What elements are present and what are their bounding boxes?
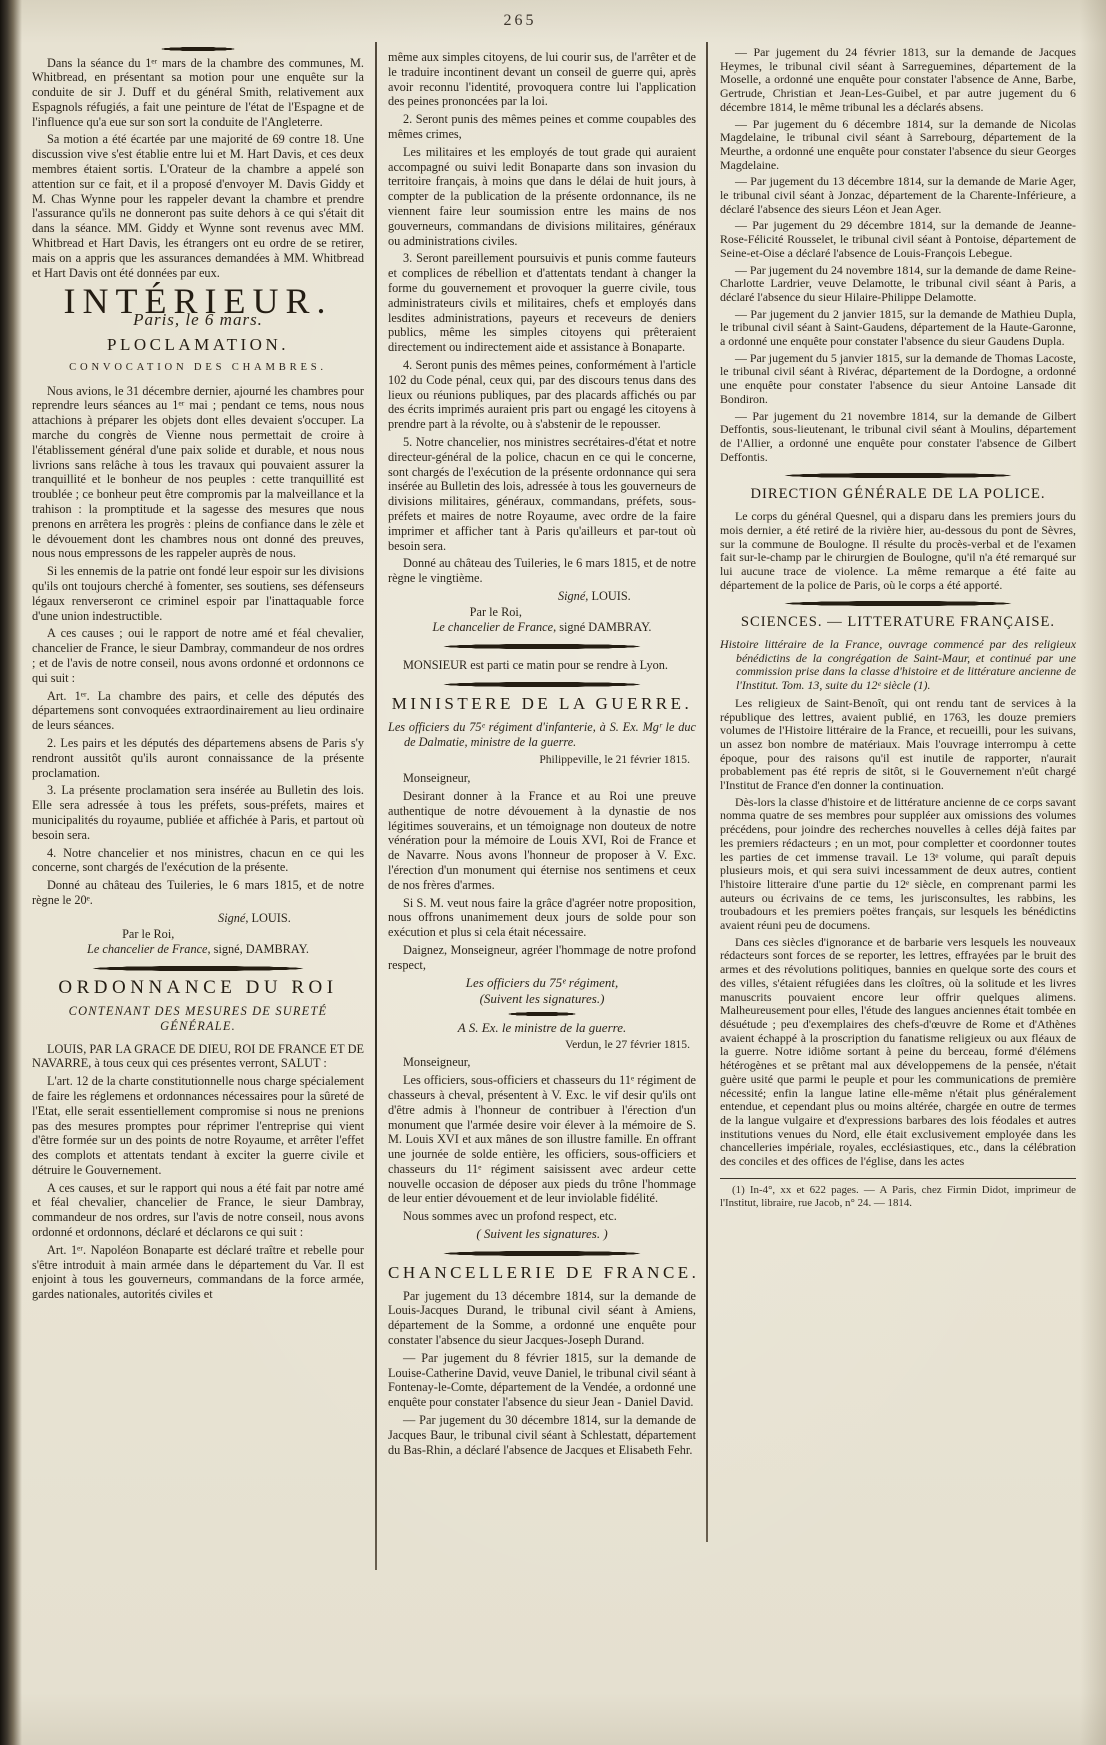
- column-3: — Par jugement du 24 février 1813, sur l…: [720, 0, 1076, 1209]
- body-text: , signé, DAMBRAY.: [208, 942, 309, 956]
- italic-centered-line: ( Suivent les signatures. ): [388, 1227, 696, 1242]
- article-paragraph: 2. Les pairs et les députés des départem…: [32, 736, 364, 780]
- binding-edge-shadow: [0, 0, 22, 1745]
- section-title: INTÉRIEUR.: [32, 294, 364, 309]
- article-paragraph: Les militaires et les employés de tout g…: [388, 145, 696, 249]
- article-paragraph: Monseigneur,: [388, 771, 696, 786]
- body-text: , signé DAMBRAY.: [553, 620, 651, 634]
- newspaper-page: 265 Dans la séance du 1ᵉʳ mars de la cha…: [0, 0, 1106, 1745]
- article-paragraph: Nous avions, le 31 décembre dernier, ajo…: [32, 384, 364, 562]
- column-divider: [706, 42, 708, 1542]
- italic-centered-line: (Suivent les signatures.): [388, 992, 696, 1007]
- article-paragraph: 5. Notre chancelier, nos ministres secré…: [388, 435, 696, 553]
- article-paragraph: — Par jugement du 8 février 1815, sur la…: [388, 1351, 696, 1410]
- place-date-line: Philippeville, le 21 février 1815.: [388, 753, 690, 768]
- italic-centered-line: Les officiers du 75ᵉ régiment,: [388, 976, 696, 991]
- article-paragraph: — Par jugement du 21 novembre 1814, sur …: [720, 410, 1076, 465]
- article-paragraph: 3. La présente proclamation sera insérée…: [32, 783, 364, 842]
- italic-paragraph: Les officiers du 75ᵉ régiment d'infanter…: [388, 720, 696, 750]
- article-paragraph: A ces causes, et sur le rapport qui nous…: [32, 1181, 364, 1240]
- article-paragraph: — Par jugement du 29 décembre 1814, sur …: [720, 219, 1076, 260]
- lead-italic-text: Le chancelier de France: [433, 620, 554, 634]
- separator-rule: [92, 966, 304, 971]
- article-paragraph: Dès-lors la classe d'histoire et de litt…: [720, 796, 1076, 933]
- article-paragraph: — Par jugement du 13 décembre 1814, sur …: [720, 175, 1076, 216]
- separator-rule-small: [508, 1012, 576, 1016]
- article-paragraph: Art. 1ᵉʳ. Napoléon Bonaparte est déclaré…: [32, 1243, 364, 1302]
- separator-rule: [784, 473, 1012, 478]
- article-paragraph: — Par jugement du 2 janvier 1815, sur la…: [720, 308, 1076, 349]
- article-paragraph: Donné au château des Tuileries, le 6 mar…: [32, 878, 364, 908]
- article-paragraph: Dans ces siècles d'ignorance et de barba…: [720, 936, 1076, 1169]
- article-paragraph: — Par jugement du 5 janvier 1815, sur la…: [720, 352, 1076, 407]
- article-paragraph: A ces causes ; oui le rapport de notre a…: [32, 626, 364, 685]
- article-paragraph: Si les ennemis de la patrie ont fondé le…: [32, 564, 364, 623]
- article-paragraph: Les officiers, sous-officiers et chasseu…: [388, 1073, 696, 1206]
- column-2: même aux simples citoyens, de lui courir…: [388, 0, 696, 1460]
- article-paragraph: Daignez, Monseigneur, agréer l'hommage d…: [388, 943, 696, 973]
- article-paragraph: Art. 1ᵉʳ. La chambre des pairs, et celle…: [32, 689, 364, 733]
- italic-centered-line: A S. Ex. le ministre de la guerre.: [388, 1021, 696, 1036]
- article-paragraph: Dans la séance du 1ᵉʳ mars de la chambre…: [32, 56, 364, 130]
- separator-rule: [784, 601, 1012, 606]
- article-paragraph: Sa motion a été écartée par une majorité…: [32, 132, 364, 280]
- article-paragraph: même aux simples citoyens, de lui courir…: [388, 50, 696, 109]
- signature-line: Le chancelier de France, signé DAMBRAY.: [388, 620, 696, 635]
- signature-line: Signé, LOUIS.: [388, 589, 696, 604]
- column-divider: [375, 42, 377, 1570]
- article-paragraph: 4. Seront punis des mêmes peines, confor…: [388, 358, 696, 432]
- article-paragraph: 2. Seront punis des mêmes peines et comm…: [388, 112, 696, 142]
- article-paragraph: Nous sommes avec un profond respect, etc…: [388, 1209, 696, 1224]
- section-heading: ORDONNANCE DU ROI: [32, 981, 364, 996]
- article-paragraph: Si S. M. veut nous faire la grâce d'agré…: [388, 896, 696, 940]
- article-paragraph: MONSIEUR est parti ce matin pour se rend…: [388, 658, 696, 673]
- article-paragraph: Par jugement du 13 décembre 1814, sur la…: [388, 1289, 696, 1348]
- sub-heading: CONVOCATION DES CHAMBRES.: [32, 361, 364, 376]
- separator-rule: [443, 682, 640, 687]
- signature-line: Signé, LOUIS.: [32, 911, 364, 926]
- article-paragraph: — Par jugement du 24 février 1813, sur l…: [720, 46, 1076, 115]
- article-paragraph: LOUIS, PAR LA GRACE DE DIEU, ROI DE FRAN…: [32, 1042, 364, 1072]
- article-paragraph: Le corps du général Quesnel, qui a dispa…: [720, 510, 1076, 592]
- article-paragraph: Donné au château des Tuileries, le 6 mar…: [388, 556, 696, 586]
- section-heading: CHANCELLERIE DE FRANCE.: [388, 1266, 696, 1281]
- separator-rule: [443, 644, 640, 649]
- section-heading: PLOCLAMATION.: [32, 338, 364, 353]
- article-paragraph: 4. Notre chancelier et nos ministres, ch…: [32, 846, 364, 876]
- lead-italic-text: Le chancelier de France: [87, 942, 208, 956]
- article-paragraph: — Par jugement du 30 décembre 1814, sur …: [388, 1413, 696, 1457]
- article-paragraph: Monseigneur,: [388, 1055, 696, 1070]
- body-text: , LOUIS.: [245, 911, 290, 925]
- lead-italic-text: Signé: [218, 911, 245, 925]
- sub-heading-italic: CONTENANT DES MESURES DE SURETÉ GÉNÉRALE…: [32, 1004, 364, 1034]
- article-paragraph: Les religieux de Saint-Benoît, qui ont r…: [720, 697, 1076, 793]
- signature-line: Par le Roi,: [388, 605, 696, 620]
- section-heading: DIRECTION GÉNÉRALE DE LA POLICE.: [720, 488, 1076, 502]
- signature-line: Par le Roi,: [32, 927, 364, 942]
- article-paragraph: — Par jugement du 6 décembre 1814, sur l…: [720, 118, 1076, 173]
- article-paragraph: L'art. 12 de la charte constitutionnelle…: [32, 1074, 364, 1178]
- lead-italic-text: Signé: [558, 589, 585, 603]
- italic-paragraph: Histoire littéraire de la France, ouvrag…: [720, 638, 1076, 693]
- body-text: , LOUIS.: [585, 589, 630, 603]
- footnote-rule: [720, 1178, 1076, 1179]
- lead-italic-text: Histoire littéraire de la France: [720, 637, 879, 651]
- article-paragraph: — Par jugement du 24 novembre 1814, sur …: [720, 264, 1076, 305]
- section-heading: MINISTERE DE LA GUERRE.: [388, 697, 696, 712]
- column-1: Dans la séance du 1ᵉʳ mars de la chambre…: [32, 0, 364, 1305]
- article-paragraph: Desirant donner à la France et au Roi un…: [388, 789, 696, 893]
- separator-rule-small: [161, 47, 234, 51]
- place-date-line: Verdun, le 27 février 1815.: [388, 1038, 690, 1053]
- separator-rule: [443, 1251, 640, 1256]
- article-paragraph: 3. Seront pareillement poursuivis et pun…: [388, 251, 696, 355]
- section-heading: SCIENCES. — LITTERATURE FRANÇAISE.: [720, 616, 1076, 630]
- footnote: (1) In-4°, xx et 622 pages. — A Paris, c…: [720, 1184, 1076, 1210]
- signature-line: Le chancelier de France, signé, DAMBRAY.: [32, 942, 364, 957]
